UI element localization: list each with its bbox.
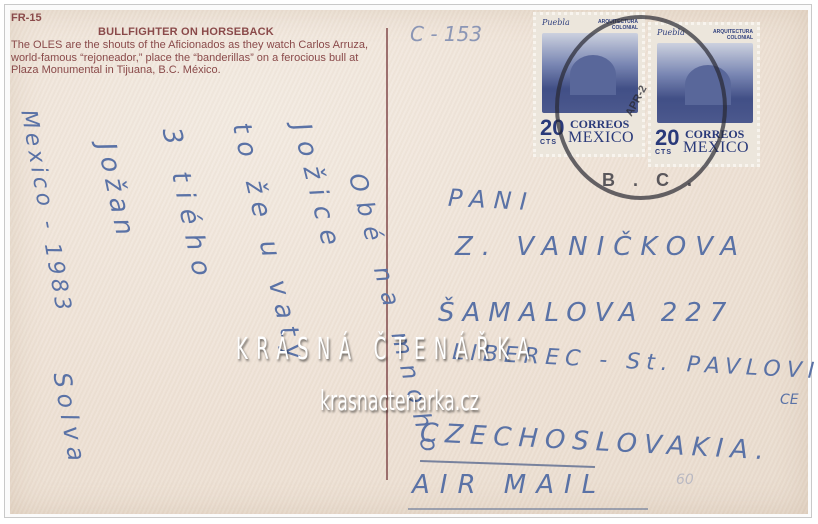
postcard-caption: The OLES are the shouts of the Aficionad… [11, 39, 381, 77]
stamp-city: Puebla [542, 18, 570, 27]
stamp-theme: ARQUITECTURA COLONIAL [709, 29, 753, 41]
airmail-underline [408, 508, 648, 510]
postmark-region: B.C. [602, 170, 710, 191]
address-line-3: ŠAMALOVA 227 [438, 298, 734, 328]
address-line-1: PANI [447, 184, 535, 217]
watermark-title: KRÁSNÁ ČTENÁŘKA [236, 332, 538, 367]
archive-note: C - 153 [410, 22, 482, 46]
postcard-code: FR-15 [11, 12, 42, 24]
pencil-mark: 60 [676, 472, 694, 488]
postcard-title: BULLFIGHTER ON HORSEBACK [98, 26, 274, 38]
address-line-4b: CE [780, 392, 799, 408]
stamp-unit: CTS [540, 139, 557, 146]
watermark-url: krasnactenarka.cz [320, 384, 479, 417]
address-line-6: AIR MAIL [412, 470, 606, 500]
address-line-2: Z. VANIČKOVA [455, 232, 747, 262]
